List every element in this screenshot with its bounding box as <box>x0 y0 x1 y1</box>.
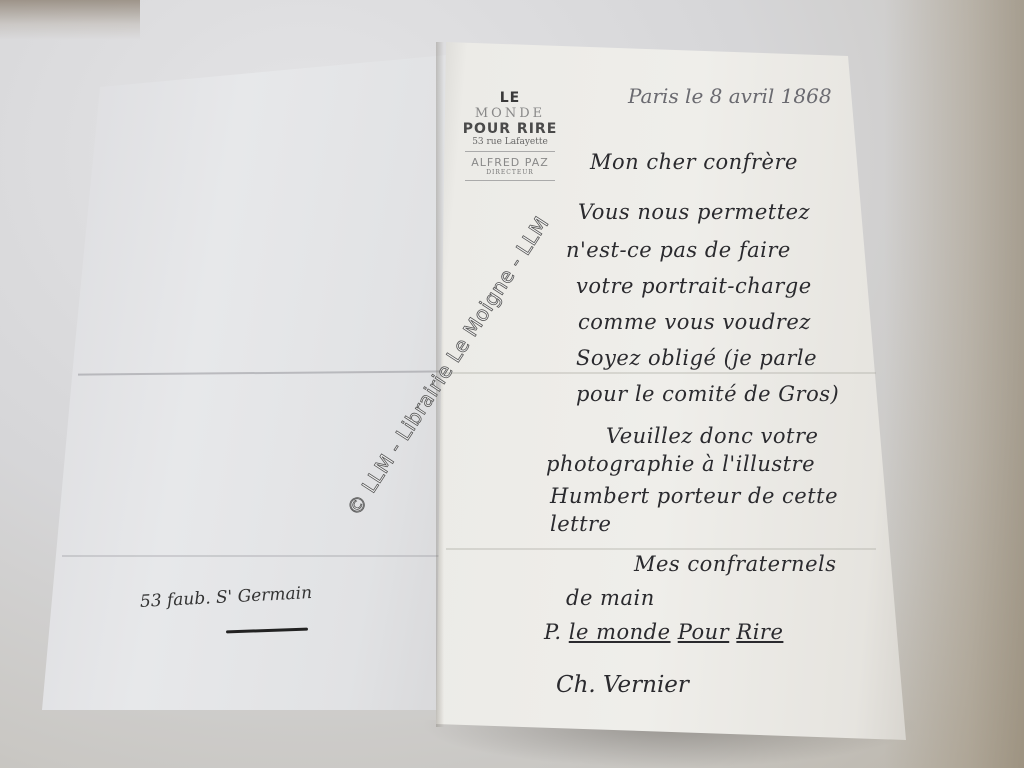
letter-line: n'est-ce pas de faire <box>566 238 791 262</box>
fold-line <box>446 548 876 550</box>
letter-line: Soyez obligé (je parle <box>576 346 817 370</box>
letter-line: Humbert porteur de cette <box>550 484 838 508</box>
background-table-edge <box>884 0 1024 768</box>
publication-prefix: P. <box>544 620 562 644</box>
divider <box>465 151 555 152</box>
publication-part2: Pour <box>678 620 730 644</box>
letter-closing-2: de main <box>566 586 655 610</box>
letterhead-address: 53 rue Lafayette <box>450 137 570 147</box>
letter-line: pour le comité de Gros) <box>576 382 839 406</box>
letter-date: Paris le 8 avril 1868 <box>628 84 832 108</box>
fold-line <box>62 555 446 557</box>
letterhead-monde: MONDE <box>450 106 570 121</box>
letter-closing: Mes confraternels <box>634 552 837 576</box>
letterhead-pour-rire: POUR RIRE <box>450 121 570 137</box>
letter-line: lettre <box>550 512 612 536</box>
letter-salutation: Mon cher confrère <box>590 150 798 174</box>
publication-part1: le monde <box>569 620 671 644</box>
letterhead-director-name: ALFRED PAZ <box>450 156 570 169</box>
letter-left-page <box>42 55 447 710</box>
letter-line: comme vous voudrez <box>578 310 811 334</box>
signature: Ch. Vernier <box>556 672 689 698</box>
publication-part3: Rire <box>736 620 783 644</box>
fold-line <box>446 372 876 374</box>
background-shadow <box>0 0 140 40</box>
letter-line: votre portrait-charge <box>576 274 812 298</box>
letter-line: photographie à l'illustre <box>546 452 815 476</box>
letterhead-director-title: DIRECTEUR <box>450 169 570 176</box>
letter-line: Veuillez donc votre <box>606 424 818 448</box>
letterhead-le: LE <box>450 90 570 106</box>
publication-line: P. le monde Pour Rire <box>544 620 783 644</box>
letter-line: Vous nous permettez <box>578 200 810 224</box>
letterhead: LE MONDE POUR RIRE 53 rue Lafayette ALFR… <box>450 90 570 185</box>
divider <box>465 180 555 181</box>
